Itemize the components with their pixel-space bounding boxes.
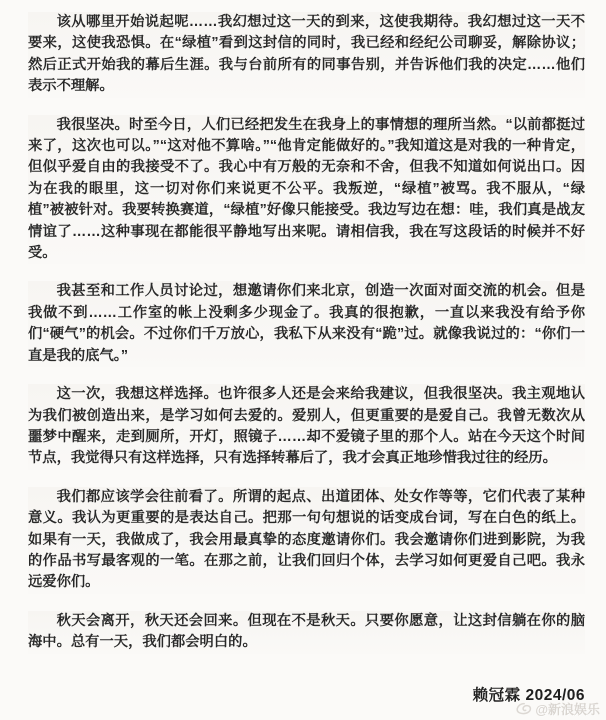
- letter-paragraph: 这一次，我想这样选择。也许很多人还是会来给我建议，但我很坚决。我主观地认为我们被…: [28, 384, 585, 470]
- letter-paragraph: 我甚至和工作人员讨论过，想邀请你们来北京，创造一次面对面交流的机会。但是我做不到…: [28, 281, 585, 367]
- letter-paragraph: 我们都应该学会往前看了。所谓的起点、出道团体、处女作等等，它们代表了某种意义。我…: [28, 487, 585, 594]
- watermark: @新浪娱乐: [516, 699, 600, 718]
- sina-eye-icon: [516, 702, 532, 715]
- watermark-text: @新浪娱乐: [535, 699, 600, 718]
- letter-page: 该从哪里开始说起呢……我幻想过这一天的到来，这使我期待。我幻想过这一天不要来，这…: [0, 0, 606, 720]
- letter-paragraph: 我很坚决。时至今日，人们已经把发生在我身上的事情想的理所当然。“以前都挺过来了，…: [28, 115, 585, 265]
- letter-paragraph: 秋天会离开，秋天还会回来。但现在不是秋天。只要你愿意，让这封信躺在你的脑海中。总…: [28, 611, 585, 654]
- letter-paragraph: 该从哪里开始说起呢……我幻想过这一天的到来，这使我期待。我幻想过这一天不要来，这…: [28, 12, 585, 98]
- letter-body: 该从哪里开始说起呢……我幻想过这一天的到来，这使我期待。我幻想过这一天不要来，这…: [28, 12, 585, 671]
